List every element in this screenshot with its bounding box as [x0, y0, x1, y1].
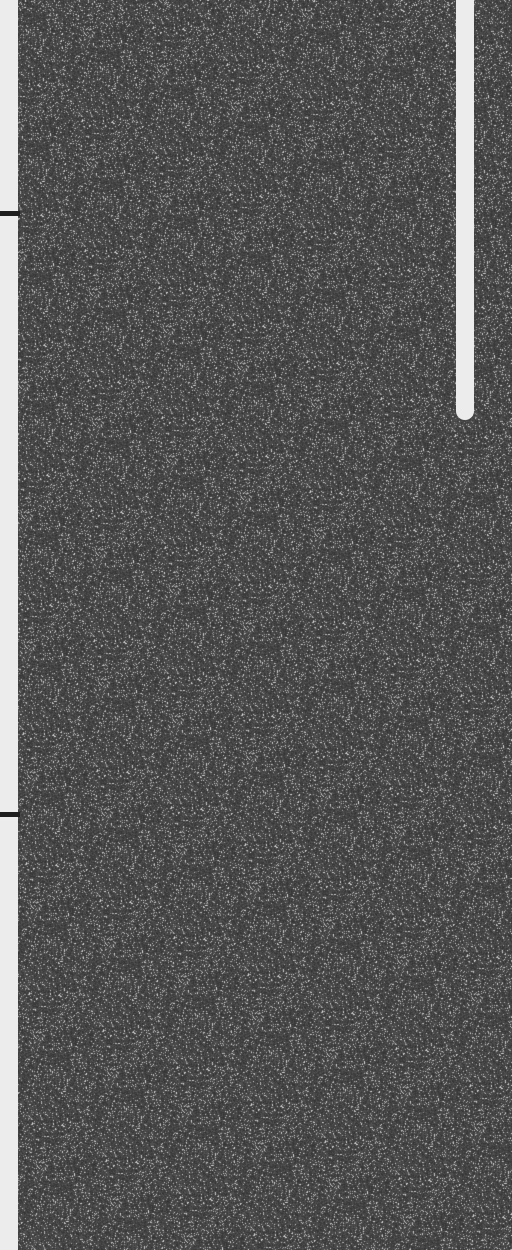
left-edge-line: [0, 0, 18, 1250]
road-surface-photo: [0, 0, 512, 1250]
right-lane-marking: [456, 0, 474, 420]
asphalt-texture: [0, 0, 512, 1250]
expansion-joint: [0, 812, 20, 817]
expansion-joint: [0, 211, 20, 216]
